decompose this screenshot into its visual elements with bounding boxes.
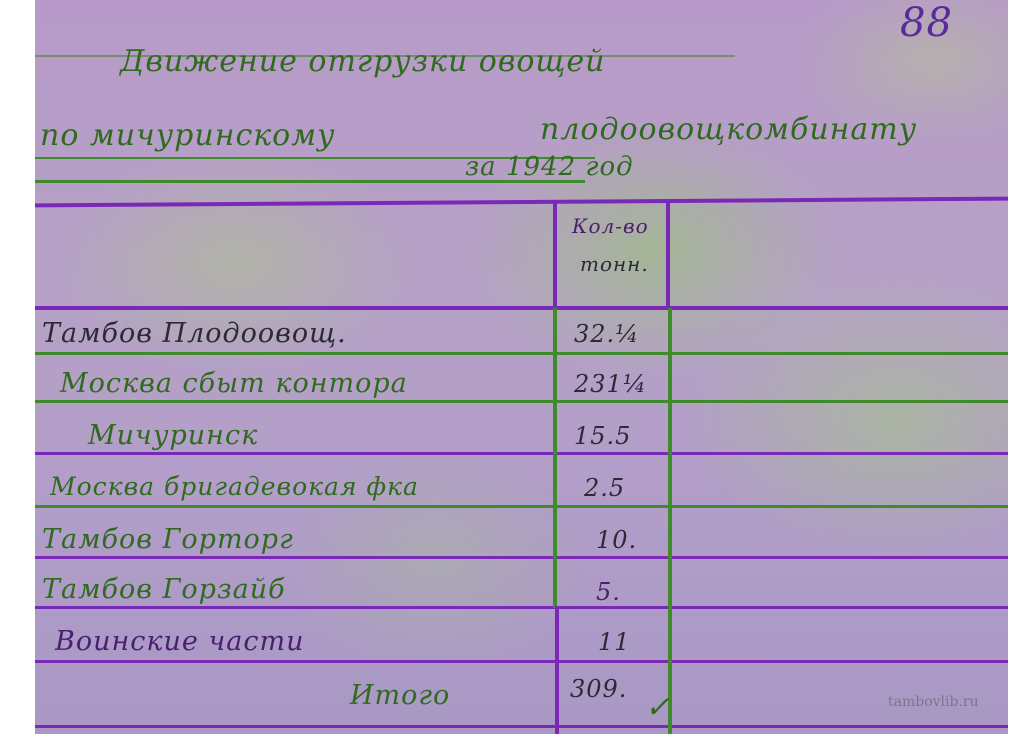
row-rule-6 bbox=[35, 606, 1008, 609]
column-divider-left bbox=[553, 308, 557, 608]
table-row-name: Москва сбыт контора bbox=[60, 368, 408, 399]
table-row-name: Тамбов Плодоовощ. bbox=[42, 318, 347, 349]
total-value: 309. bbox=[570, 675, 627, 703]
column-divider-left-top bbox=[553, 200, 557, 310]
table-row-value: 2.5 bbox=[584, 474, 625, 502]
column-divider-left-bottom bbox=[555, 606, 559, 734]
column-header-quantity: Кол-во bbox=[572, 214, 649, 238]
row-rule-4 bbox=[35, 505, 1008, 508]
column-header-unit: тонн. bbox=[580, 252, 649, 276]
row-rule-1 bbox=[35, 352, 1008, 355]
table-row-value: 11 bbox=[598, 628, 631, 656]
table-row-name: Воинские части bbox=[55, 626, 304, 657]
table-row-name: Тамбов Горзайб bbox=[42, 574, 286, 605]
watermark: tambovlib.ru bbox=[888, 694, 979, 710]
total-label: Итого bbox=[350, 680, 450, 711]
table-row-name: Тамбов Горторг bbox=[42, 524, 294, 555]
title-line-2-right: плодоовощкомбинату bbox=[540, 112, 917, 147]
check-mark-icon: ✓ bbox=[645, 690, 671, 725]
row-rule-3 bbox=[35, 452, 1008, 455]
row-rule-7 bbox=[35, 660, 1008, 663]
title-line-1: Движение отгрузки овощей bbox=[120, 44, 606, 79]
table-row-value: 15.5 bbox=[574, 422, 631, 450]
row-rule-8 bbox=[35, 725, 1008, 728]
table-row-value: 231¼ bbox=[574, 370, 647, 398]
table-row-value: 10. bbox=[596, 526, 637, 554]
table-row-value: 32.¼ bbox=[574, 320, 639, 348]
header-bottom-rule bbox=[35, 306, 1008, 310]
table-row-name: Москва бригадевокая фка bbox=[50, 472, 419, 501]
title-line-2: по мичуринскому bbox=[40, 118, 336, 153]
table-row-name: Мичуринск bbox=[88, 420, 258, 451]
column-divider-right bbox=[668, 308, 672, 734]
row-rule-5 bbox=[35, 556, 1008, 559]
document-sheet bbox=[35, 0, 1008, 734]
column-divider-right-top bbox=[666, 200, 670, 310]
page-number: 88 bbox=[900, 0, 953, 46]
table-row-value: 5. bbox=[596, 578, 621, 606]
row-rule-2 bbox=[35, 400, 1008, 403]
title-year: за 1942 год bbox=[465, 152, 634, 182]
